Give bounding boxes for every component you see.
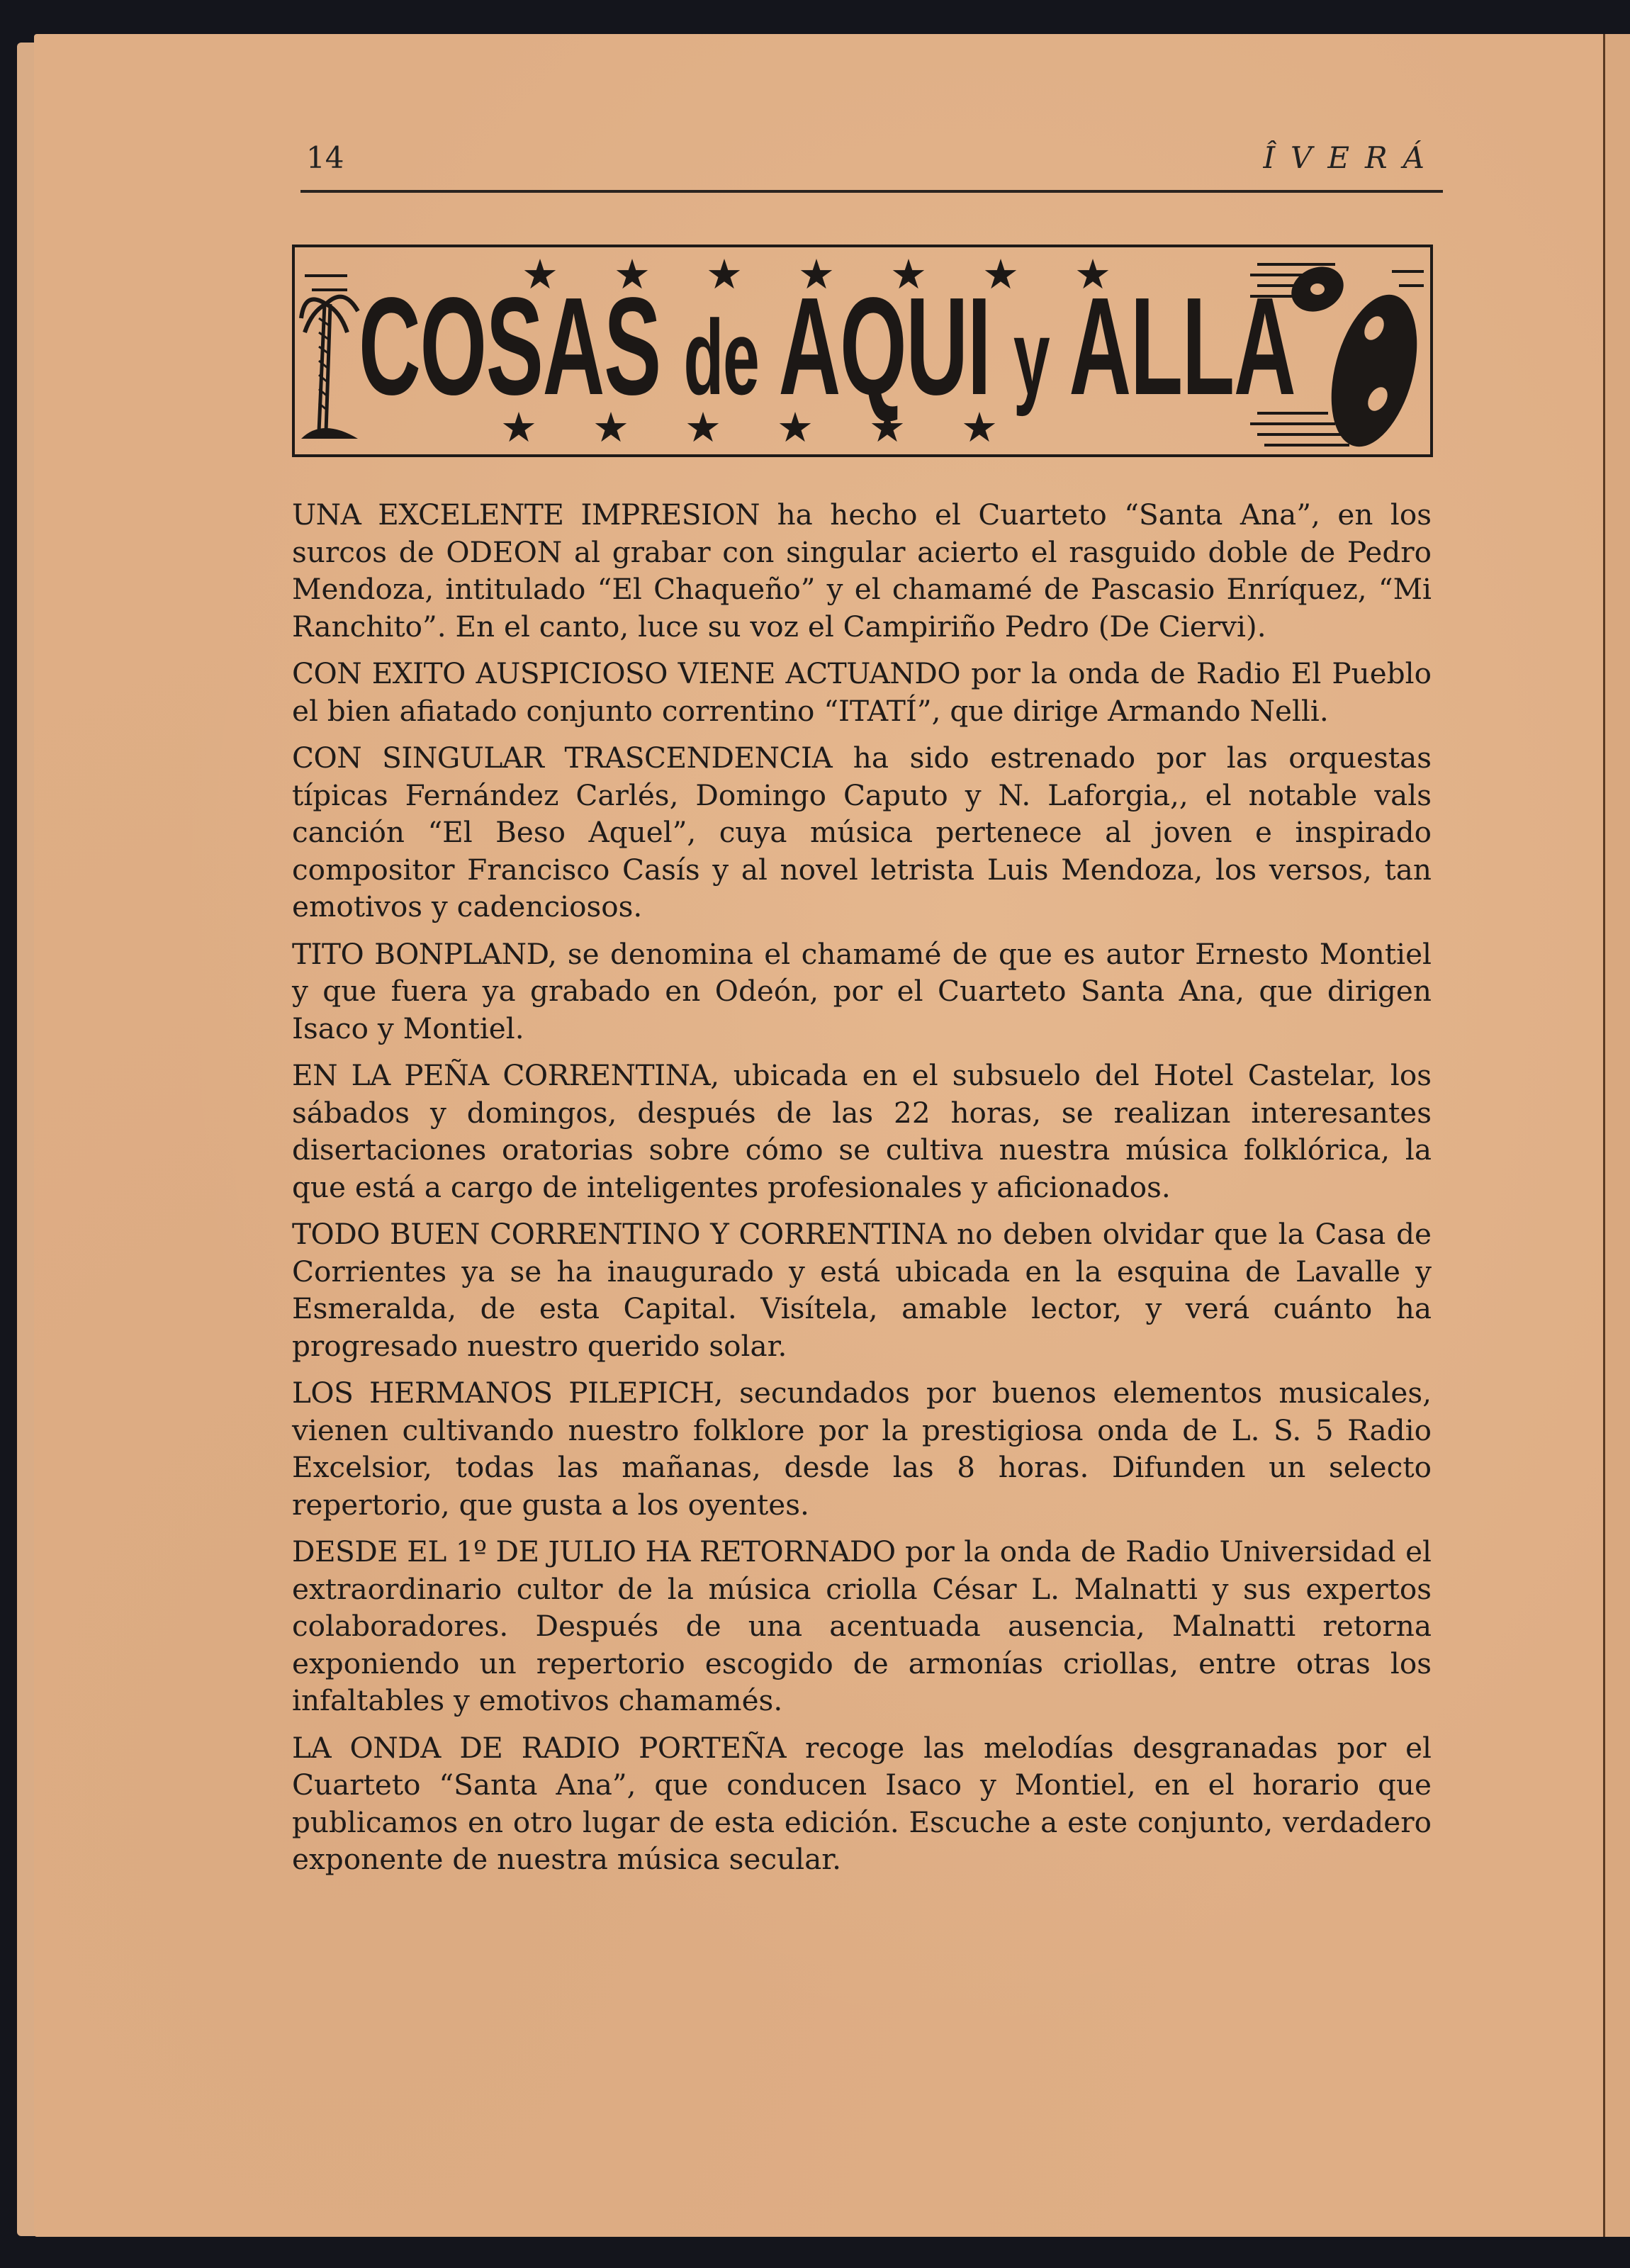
- title-aqui: AQUI: [759, 269, 1013, 424]
- facing-page-edge: [1603, 34, 1630, 2237]
- item-lead: CON EXITO AUSPICIOSO VIENE ACTUANDO: [292, 656, 960, 690]
- news-item: CON EXITO AUSPICIOSO VIENE ACTUANDO por …: [292, 655, 1432, 729]
- title-cosas: COSAS: [359, 269, 683, 424]
- page-number: 14: [306, 140, 344, 175]
- section-banner: ★★★★★★★ COSAS de AQUI y ALLA ★★★★★★: [292, 245, 1433, 457]
- title-de: de: [683, 298, 758, 417]
- news-item: LOS HERMANOS PILEPICH, secundados por bu…: [292, 1374, 1432, 1523]
- news-item: EN LA PEÑA CORRENTINA, ubicada en el sub…: [292, 1057, 1432, 1206]
- news-column: UNA EXCELENTE IMPRESION ha hecho el Cuar…: [292, 496, 1432, 1888]
- news-item: TODO BUEN CORRENTINO Y CORRENTINA no deb…: [292, 1216, 1432, 1364]
- item-lead: TITO BONPLAND,: [292, 937, 556, 971]
- header-rule: [300, 190, 1443, 193]
- news-item: LA ONDA DE RADIO PORTEÑA recoge las melo…: [292, 1729, 1432, 1878]
- palm-tree-icon: [298, 262, 361, 453]
- stars-bottom-row: ★★★★★★: [500, 403, 1053, 451]
- item-lead: TODO BUEN CORRENTINO Y CORRENTINA: [292, 1217, 946, 1251]
- vinyl-records-icon: [1250, 250, 1427, 452]
- item-lead: LA ONDA DE RADIO PORTEÑA: [292, 1731, 786, 1765]
- news-item: DESDE EL 1º DE JULIO HA RETORNADO por la…: [292, 1533, 1432, 1719]
- item-lead: LOS HERMANOS PILEPICH,: [292, 1376, 723, 1410]
- item-lead: UNA EXCELENTE IMPRESION: [292, 498, 760, 532]
- item-lead: CON SINGULAR TRASCENDENCIA: [292, 741, 832, 775]
- item-lead: EN LA PEÑA CORRENTINA,: [292, 1058, 719, 1092]
- item-lead: DESDE EL 1º DE JULIO HA RETORNADO: [292, 1534, 896, 1568]
- running-head: 14 ÎVERÁ: [306, 140, 1440, 183]
- magazine-title: ÎVERÁ: [1263, 140, 1440, 175]
- title-y: y: [1013, 298, 1049, 417]
- news-item: UNA EXCELENTE IMPRESION ha hecho el Cuar…: [292, 496, 1432, 645]
- news-item: CON SINGULAR TRASCENDENCIA ha sido estre…: [292, 739, 1432, 926]
- news-item: TITO BONPLAND, se denomina el chamamé de…: [292, 936, 1432, 1048]
